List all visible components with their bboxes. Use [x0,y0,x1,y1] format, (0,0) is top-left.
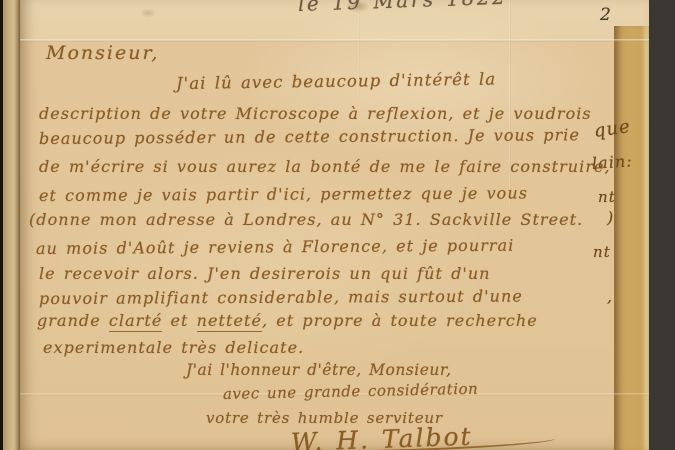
body-line: et comme je vais partir d'ici, permettez… [39,183,528,205]
margin-fragment: lain: [591,151,633,173]
body-line: description de votre Microscope à reflex… [39,104,592,123]
body-text: et [162,311,196,330]
underlined-word-clarte: clarté [109,311,162,332]
closing-line: avec une grande considération [223,380,479,403]
page-number: 2 [600,5,611,25]
margin-fragment: nt [598,188,616,206]
date-line: le 19 Mars 1822 [298,0,508,16]
body-text: grande [37,311,109,330]
margin-fragment: nt [593,243,611,261]
body-line: de m'écrire si vous aurez la bonté de me… [39,157,611,176]
underlined-word-nettete: netteté [197,311,262,332]
letter-scan-photograph: le 19 Mars 1822 2 Monsieur, J'ai lû avec… [0,0,675,450]
body-line: pouvoir amplifiant considerable, mais su… [39,286,523,308]
paper-stain [140,8,156,18]
body-line: experimentale très delicate. [43,338,304,357]
underlying-page-edge [614,26,649,450]
binding-pages-edge [3,0,20,450]
body-line: au mois d'Août je reviens à Florence, et… [36,236,514,258]
body-line: beaucoup posséder un de cette constructi… [39,125,580,148]
closing-line: J'ai l'honneur d'être, Monsieur, [186,361,452,379]
letter-page: le 19 Mars 1822 2 Monsieur, J'ai lû avec… [20,0,649,450]
salutation: Monsieur, [46,42,159,64]
margin-fragment: , [607,287,613,306]
body-line-underlined: grande clarté et netteté, et propre à to… [37,311,538,330]
margin-fragment: ) [607,208,614,227]
body-line: le recevoir alors. J'en desirerois un qu… [39,264,491,283]
body-line: J'ai lû avec beaucoup d'intérêt la [176,70,496,93]
body-text: , et propre à toute recherche [262,311,538,330]
body-line: (donne mon adresse à Londres, au N° 31. … [29,210,583,229]
